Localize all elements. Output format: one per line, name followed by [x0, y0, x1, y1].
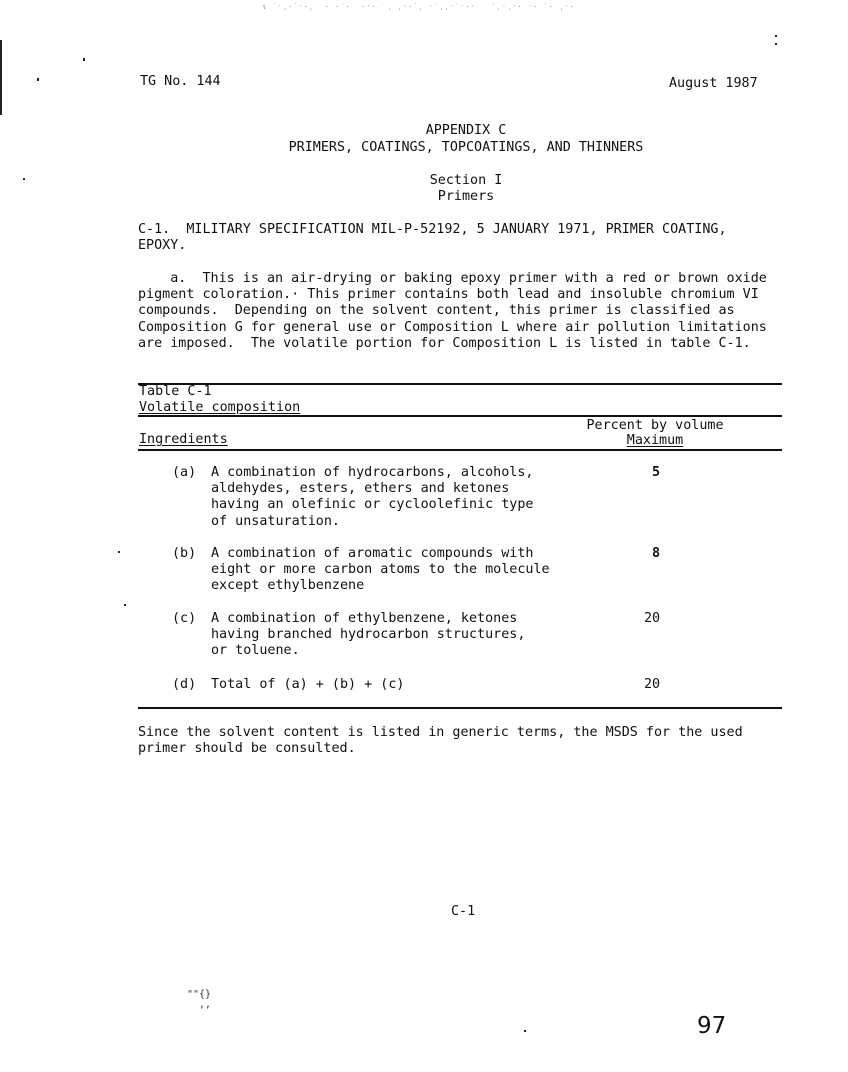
row-description-line: having branched hydrocarbon structures, [211, 627, 525, 643]
column-header-percent: Percent by volume [550, 418, 760, 434]
row-description-line: except ethylbenzene [211, 578, 550, 594]
scan-speck [124, 604, 126, 606]
row-description-line: A combination of aromatic compounds with [211, 546, 550, 562]
row-description: A combination of aromatic compounds with… [211, 546, 550, 595]
table-title: Volatile composition [139, 400, 300, 416]
paragraph-line: Composition G for general use or Composi… [138, 320, 767, 336]
row-description-line: Total of (a) + (b) + (c) [211, 677, 404, 693]
paragraph-a: a. This is an air-drying or baking epoxy… [138, 271, 767, 352]
scan-speck [524, 1030, 526, 1032]
note-paragraph: Since the solvent content is listed in g… [138, 725, 743, 757]
section-name: Primers [0, 189, 848, 205]
scan-speck [775, 35, 777, 37]
row-value: 20 [622, 677, 682, 693]
spec-heading-line: EPOXY. [138, 238, 727, 254]
row-description: A combination of hydrocarbons, alcohols,… [211, 465, 533, 530]
paragraph-line: pigment coloration.· This primer contain… [138, 287, 767, 303]
paragraph-line: a. This is an air-drying or baking epoxy… [138, 271, 767, 287]
row-description: A combination of ethylbenzene, ketones h… [211, 611, 525, 660]
paragraph-line: compounds. Depending on the solvent cont… [138, 303, 767, 319]
row-description-line: A combination of hydrocarbons, alcohols, [211, 465, 533, 481]
row-key: (a) [172, 465, 196, 481]
spec-heading: C-1. MILITARY SPECIFICATION MIL-P-52192,… [138, 222, 727, 254]
row-description-line: A combination of ethylbenzene, ketones [211, 611, 525, 627]
scan-edge-mark [0, 40, 2, 115]
scan-speck [775, 43, 777, 45]
row-description-line: having an olefinic or cycloolefinic type [211, 497, 533, 513]
scan-speck [118, 551, 120, 553]
row-value: 20 [622, 611, 682, 627]
row-description: Total of (a) + (b) + (c) [211, 677, 404, 693]
section-title: Section I [0, 173, 848, 189]
scan-speck [83, 58, 85, 61]
scan-stamp-mark: ""{} ,, [187, 990, 211, 1010]
row-description-line: aldehydes, esters, ethers and ketones [211, 481, 533, 497]
scan-speck [37, 78, 39, 81]
row-value: 8 [626, 546, 686, 562]
appendix-title: APPENDIX C [0, 123, 848, 139]
sheet-number: 97 [697, 1013, 726, 1039]
paragraph-line: are imposed. The volatile portion for Co… [138, 336, 767, 352]
table-bottom-rule [138, 707, 782, 709]
row-value: 5 [626, 465, 686, 481]
row-description-line: or toluene. [211, 643, 525, 659]
row-key: (c) [172, 611, 196, 627]
column-header-ingredients: Ingredients [139, 432, 228, 448]
document-number: TG No. 144 [140, 74, 221, 90]
spec-heading-line: C-1. MILITARY SPECIFICATION MIL-P-52192,… [138, 222, 727, 238]
row-description-line: of unsaturation. [211, 514, 533, 530]
note-line: primer should be consulted. [138, 741, 743, 757]
appendix-subtitle: PRIMERS, COATINGS, TOPCOATINGS, AND THIN… [0, 140, 848, 156]
column-header-maximum: Maximum [550, 433, 760, 449]
row-description-line: eight or more carbon atoms to the molecu… [211, 562, 550, 578]
table-header-rule [138, 415, 782, 417]
table-label: Table C-1 [139, 384, 212, 400]
table-top-rule [138, 383, 782, 385]
table-column-rule [138, 449, 782, 451]
row-key: (b) [172, 546, 196, 562]
row-key: (d) [172, 677, 196, 693]
page-label: C-1 [451, 904, 475, 920]
document-date: August 1987 [669, 76, 758, 92]
note-line: Since the solvent content is listed in g… [138, 725, 743, 741]
scan-noise-top: ι ˙ˑˌ·˙ˑ·ˌ · ·˙· ·ˑ· ˙ˌ ˌˑ·˙ˌ ˑ˙ˌˌˑ˙ˑ·ˑ … [262, 3, 575, 11]
